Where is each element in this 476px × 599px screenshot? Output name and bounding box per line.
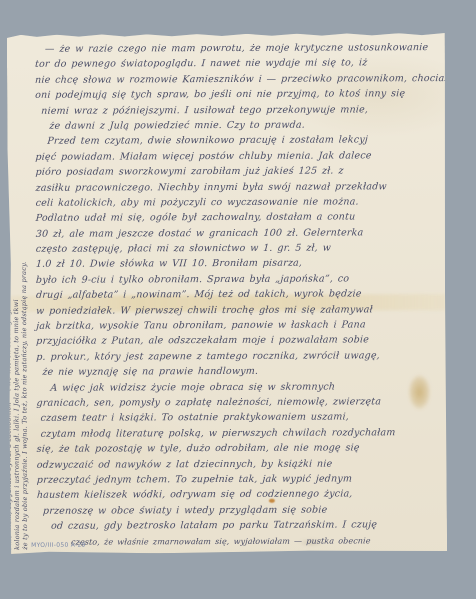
margin-note-line: że ty to by obie przyjaźnie. I wojna. To… — [19, 45, 30, 550]
handwritten-line: od czasu, gdy beztrosko latałam po parku… — [37, 517, 438, 534]
handwritten-line: haustem kieliszek wódki, odrywam się od … — [36, 486, 437, 503]
letter-paper: i nie wiem, czy Janusz bywał u zachodnic… — [7, 32, 447, 554]
handwritten-line: czasem teatr i książki. To ostatnie prak… — [36, 409, 437, 426]
handwritten-line: tor do pewnego światopoglądu. I nawet ni… — [34, 55, 435, 72]
handwritten-line: Podlatno udał mi się, ogóle był zachowal… — [35, 209, 436, 226]
handwritten-line: w poniedziałek. W pierwszej chwili troch… — [36, 302, 437, 319]
handwritten-line: 30 zł, ale mam jeszcze dostać w granicac… — [35, 225, 436, 242]
handwritten-line: się, że tak pozostaję w tyle, dużo odrob… — [36, 440, 437, 457]
margin-annotations: i nie wiem, czy Janusz bywał u zachodnic… — [9, 38, 37, 550]
handwritten-line: Przed tem czytam, dwie słownikowo pracuj… — [35, 132, 436, 149]
handwritten-line: pióro posiadam sworzkowymi zarobiłam już… — [35, 163, 436, 180]
handwritten-line: odzwyczaić od nawyków z lat dziecinnych,… — [36, 456, 437, 473]
handwritten-line: zasiłku pracowniczego. Niechby innymi by… — [35, 179, 436, 196]
handwritten-line: A więc jak widzisz życie moje obraca się… — [36, 379, 437, 396]
scanned-letter: i nie wiem, czy Janusz bywał u zachodnic… — [0, 0, 476, 599]
handwritten-line: często, że właśnie zmarnowałam się, wyja… — [37, 533, 438, 550]
handwritten-line: oni podejmują się tych spraw, bo jeśli o… — [35, 86, 436, 103]
handwritten-line: przyjaciółka z Putan, ale odszczekałam m… — [36, 333, 437, 350]
letter-body: — że w razie czego nie mam powrotu, że m… — [35, 40, 437, 550]
handwritten-line: że nie wyznaję się na prawie handlowym. — [36, 363, 437, 380]
archive-number: MYO/III-050 A-29 — [31, 542, 86, 549]
handwritten-line: 1.0 zł 10. Dwie słówka w VII 10. Broniła… — [35, 256, 436, 273]
handwritten-line: niemi wraz z późniejszymi. I usiłował te… — [35, 102, 436, 119]
handwritten-line: drugi „alfabeta” i „nowinam”. Mój też od… — [36, 286, 437, 303]
